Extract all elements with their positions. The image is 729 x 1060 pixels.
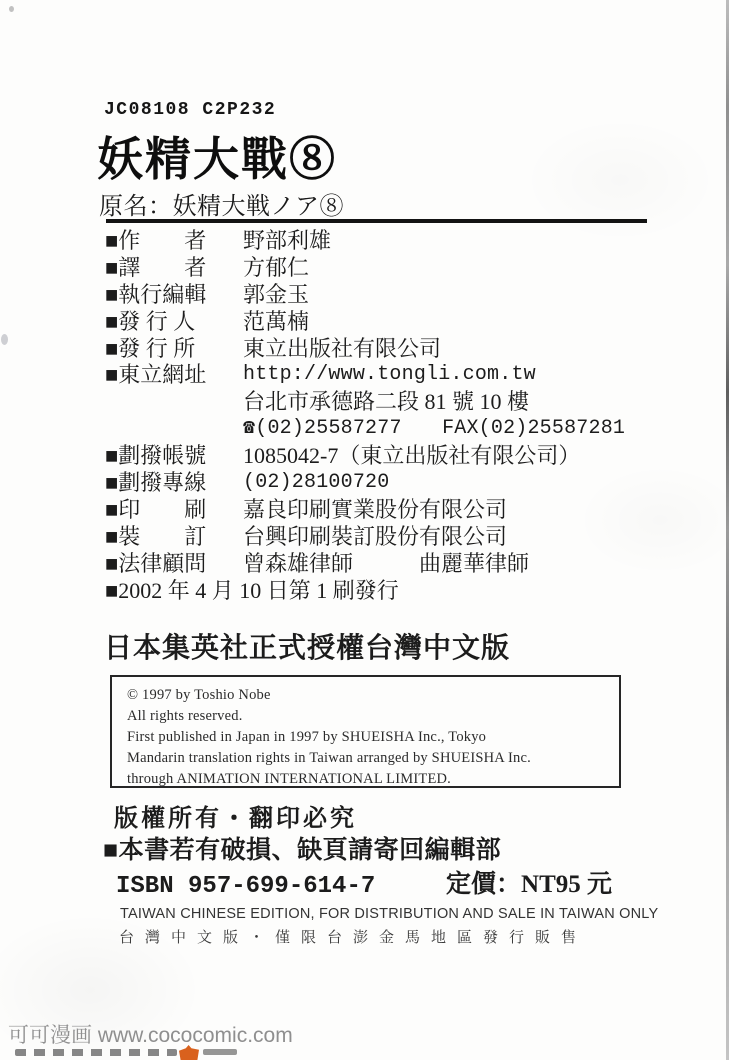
- row-label: ■裝 訂: [105, 524, 243, 551]
- authorization-heading: 日本集英社正式授權台灣中文版: [104, 626, 510, 666]
- colophon-row-list: ■作 者野部利雄 ■譯 者方郁仁 ■執行編輯郭金玉 ■發 行 人范萬楠 ■發 行…: [105, 228, 653, 604]
- website-url: http://www.tongli.com.tw: [243, 362, 536, 389]
- divider-rule: [106, 219, 647, 223]
- colophon-row-publisher-person: ■發 行 人范萬楠: [105, 309, 653, 336]
- row-value: (02)28100720: [243, 470, 389, 497]
- colophon-row-author: ■作 者野部利雄: [105, 228, 653, 255]
- isbn-price-row: ISBN 957-699-614-7 定價：NT95 元: [116, 864, 612, 900]
- colophon-row-publisher-company: ■發 行 所東立出版社有限公司: [105, 336, 653, 363]
- colophon-row-editor: ■執行編輯郭金玉: [105, 282, 653, 309]
- isbn-number: ISBN 957-699-614-7: [116, 873, 375, 900]
- colophon-row-phone-fax: ☎(02)25587277 FAX(02)25587281: [105, 416, 653, 443]
- colophon-row-website: ■東立網址http://www.tongli.com.tw: [105, 362, 653, 389]
- row-label: ■印 刷: [105, 497, 243, 524]
- row-value: 方郁仁: [243, 255, 309, 282]
- row-value: 范萬楠: [243, 309, 309, 336]
- edition-notice-zh: 台灣中文版・僅限台澎金馬地區發行販售: [119, 926, 587, 947]
- cutoff-text-artifact: [15, 1049, 177, 1056]
- row-label: ■發 行 人: [105, 309, 243, 336]
- row-label: ■法律顧問: [105, 551, 243, 578]
- copyright-line: © 1997 by Toshio Nobe: [127, 685, 613, 706]
- row-value: 1085042-7（東立出版社有限公司）: [243, 443, 580, 470]
- row-value: 台興印刷裝訂股份有限公司: [243, 524, 507, 551]
- row-label: ■東立網址: [105, 362, 243, 389]
- row-value: 嘉良印刷實業股份有限公司: [243, 497, 507, 524]
- colophon-row-legal: ■法律顧問曾森雄律師 曲麗華律師: [105, 551, 653, 578]
- rights-notice: 版權所有・翻印必究: [114, 798, 357, 833]
- colophon-row-translator: ■譯 者方郁仁: [105, 255, 653, 282]
- copyright-line: First published in Japan in 1997 by SHUE…: [127, 727, 613, 748]
- row-value: 曾森雄律師 曲麗華律師: [243, 551, 529, 578]
- original-title: 原名：妖精大戦ノア⑧: [99, 186, 344, 221]
- colophon-row-binding: ■裝 訂台興印刷裝訂股份有限公司: [105, 524, 653, 551]
- colophon-row-postal-line: ■劃撥專線(02)28100720: [105, 470, 653, 497]
- scan-speck: [1, 334, 8, 345]
- copyright-line: Mandarin translation rights in Taiwan ar…: [127, 748, 613, 769]
- row-label: ■劃撥帳號: [105, 443, 243, 470]
- colophon-row-address: 台北市承德路二段 81 號 10 樓: [105, 389, 653, 416]
- copyright-line: through ANIMATION INTERNATIONAL LIMITED.: [127, 769, 613, 790]
- watermark-text: 可可漫画 www.cococomic.com: [8, 1019, 293, 1049]
- row-value: 台北市承德路二段 81 號 10 樓: [243, 389, 529, 416]
- scan-speck: [9, 6, 14, 12]
- scanned-colophon-page: JC08108 C2P232 妖精大戰⑧ 原名：妖精大戦ノア⑧ ■作 者野部利雄…: [0, 0, 729, 1060]
- row-label: ■發 行 所: [105, 336, 243, 363]
- book-title: 妖精大戰⑧: [97, 123, 337, 189]
- edition-notice-en: TAIWAN CHINESE EDITION, FOR DISTRIBUTION…: [120, 906, 658, 922]
- row-label: ■作 者: [105, 228, 243, 255]
- return-notice: ■本書若有破損、缺頁請寄回編輯部: [103, 830, 501, 866]
- cutoff-text-artifact: [203, 1049, 237, 1055]
- row-value: 東立出版社有限公司: [243, 336, 441, 363]
- row-value: 野部利雄: [243, 228, 331, 255]
- phone-fax-value: ☎(02)25587277 FAX(02)25587281: [243, 416, 625, 443]
- row-label: ■劃撥專線: [105, 470, 243, 497]
- price-label: 定價：NT95 元: [446, 864, 612, 900]
- colophon-row-print-date: ■2002 年 4 月 10 日第 1 刷發行: [105, 578, 653, 605]
- row-label: ■執行編輯: [105, 282, 243, 309]
- colophon-row-postal-account: ■劃撥帳號1085042-7（東立出版社有限公司）: [105, 443, 653, 470]
- row-label: ■譯 者: [105, 255, 243, 282]
- row-value: 郭金玉: [243, 282, 309, 309]
- row-label: ■2002 年 4 月 10 日第 1 刷發行: [105, 578, 399, 605]
- copyright-line: All rights reserved.: [127, 706, 613, 727]
- copyright-box: © 1997 by Toshio Nobe All rights reserve…: [110, 675, 621, 788]
- product-code: JC08108 C2P232: [104, 100, 276, 120]
- colophon-row-printer: ■印 刷嘉良印刷實業股份有限公司: [105, 497, 653, 524]
